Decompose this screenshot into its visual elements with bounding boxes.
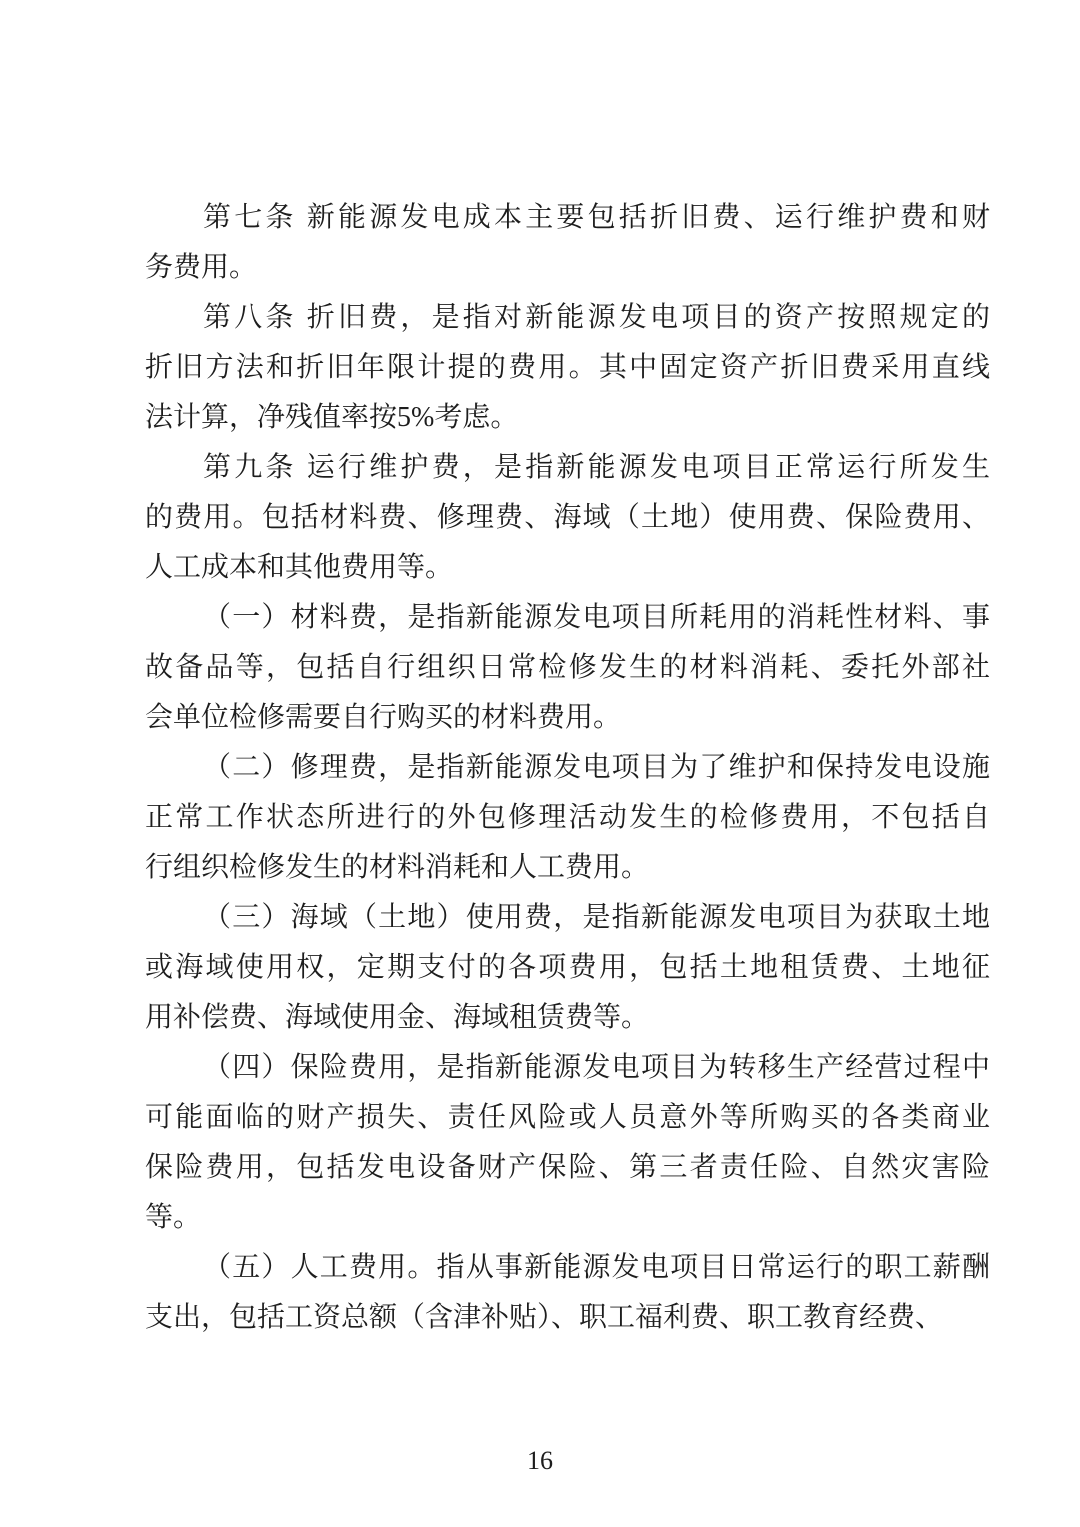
paragraph-item-4-insurance-fee: （四）保险费用，是指新能源发电项目为转移生产经营过程中可能面临的财产损失、责任风… [145,1043,990,1243]
text-line: 保险费用，包括发电设备财产保险、第三者责任险、自然灾害险 [145,1143,990,1193]
paragraph-item-2-repair-fee: （二）修理费，是指新能源发电项目为了维护和保持发电设施正常工作状态所进行的外包修… [145,743,990,893]
text-line: 故备品等，包括自行组织日常检修发生的材料消耗、委托外部社 [145,643,990,693]
paragraph-article-7: 第七条 新能源发电成本主要包括折旧费、运行维护费和财务费用。 [145,193,990,293]
text-line: 用补偿费、海域使用金、海域租赁费等。 [145,993,990,1043]
text-line: 或海域使用权，定期支付的各项费用，包括土地租赁费、土地征 [145,943,990,993]
text-line: 行组织检修发生的材料消耗和人工费用。 [145,843,990,893]
paragraph-item-5-labor-fee: （五）人工费用。指从事新能源发电项目日常运行的职工薪酬支出，包括工资总额（含津补… [145,1243,990,1343]
text-line: 的费用。包括材料费、修理费、海域（土地）使用费、保险费用、 [145,493,990,543]
paragraph-article-9: 第九条 运行维护费，是指新能源发电项目正常运行所发生的费用。包括材料费、修理费、… [145,443,990,593]
text-line: 人工成本和其他费用等。 [145,543,990,593]
text-line: （五）人工费用。指从事新能源发电项目日常运行的职工薪酬 [145,1243,990,1293]
page-number: 16 [0,1444,1080,1478]
paragraph-item-3-sea-land-use-fee: （三）海域（土地）使用费，是指新能源发电项目为获取土地或海域使用权，定期支付的各… [145,893,990,1043]
text-line: （四）保险费用，是指新能源发电项目为转移生产经营过程中 [145,1043,990,1093]
text-line: （二）修理费，是指新能源发电项目为了维护和保持发电设施 [145,743,990,793]
text-line: 等。 [145,1193,990,1243]
text-line: （一）材料费，是指新能源发电项目所耗用的消耗性材料、事 [145,593,990,643]
paragraph-article-8: 第八条 折旧费，是指对新能源发电项目的资产按照规定的折旧方法和折旧年限计提的费用… [145,293,990,443]
text-line: 第八条 折旧费，是指对新能源发电项目的资产按照规定的 [145,293,990,343]
text-line: 支出，包括工资总额（含津补贴）、职工福利费、职工教育经费、 [145,1293,990,1343]
document-page: 第七条 新能源发电成本主要包括折旧费、运行维护费和财务费用。第八条 折旧费，是指… [0,0,1080,1527]
text-line: 折旧方法和折旧年限计提的费用。其中固定资产折旧费采用直线 [145,343,990,393]
text-line: 第七条 新能源发电成本主要包括折旧费、运行维护费和财 [145,193,990,243]
text-line: 可能面临的财产损失、责任风险或人员意外等所购买的各类商业 [145,1093,990,1143]
text-line: 务费用。 [145,243,990,293]
text-line: 正常工作状态所进行的外包修理活动发生的检修费用，不包括自 [145,793,990,843]
paragraph-item-1-material-fee: （一）材料费，是指新能源发电项目所耗用的消耗性材料、事故备品等，包括自行组织日常… [145,593,990,743]
text-line: （三）海域（土地）使用费，是指新能源发电项目为获取土地 [145,893,990,943]
text-line: 会单位检修需要自行购买的材料费用。 [145,693,990,743]
document-body: 第七条 新能源发电成本主要包括折旧费、运行维护费和财务费用。第八条 折旧费，是指… [145,193,990,1343]
text-line: 法计算，净残值率按5%考虑。 [145,393,990,443]
text-line: 第九条 运行维护费，是指新能源发电项目正常运行所发生 [145,443,990,493]
